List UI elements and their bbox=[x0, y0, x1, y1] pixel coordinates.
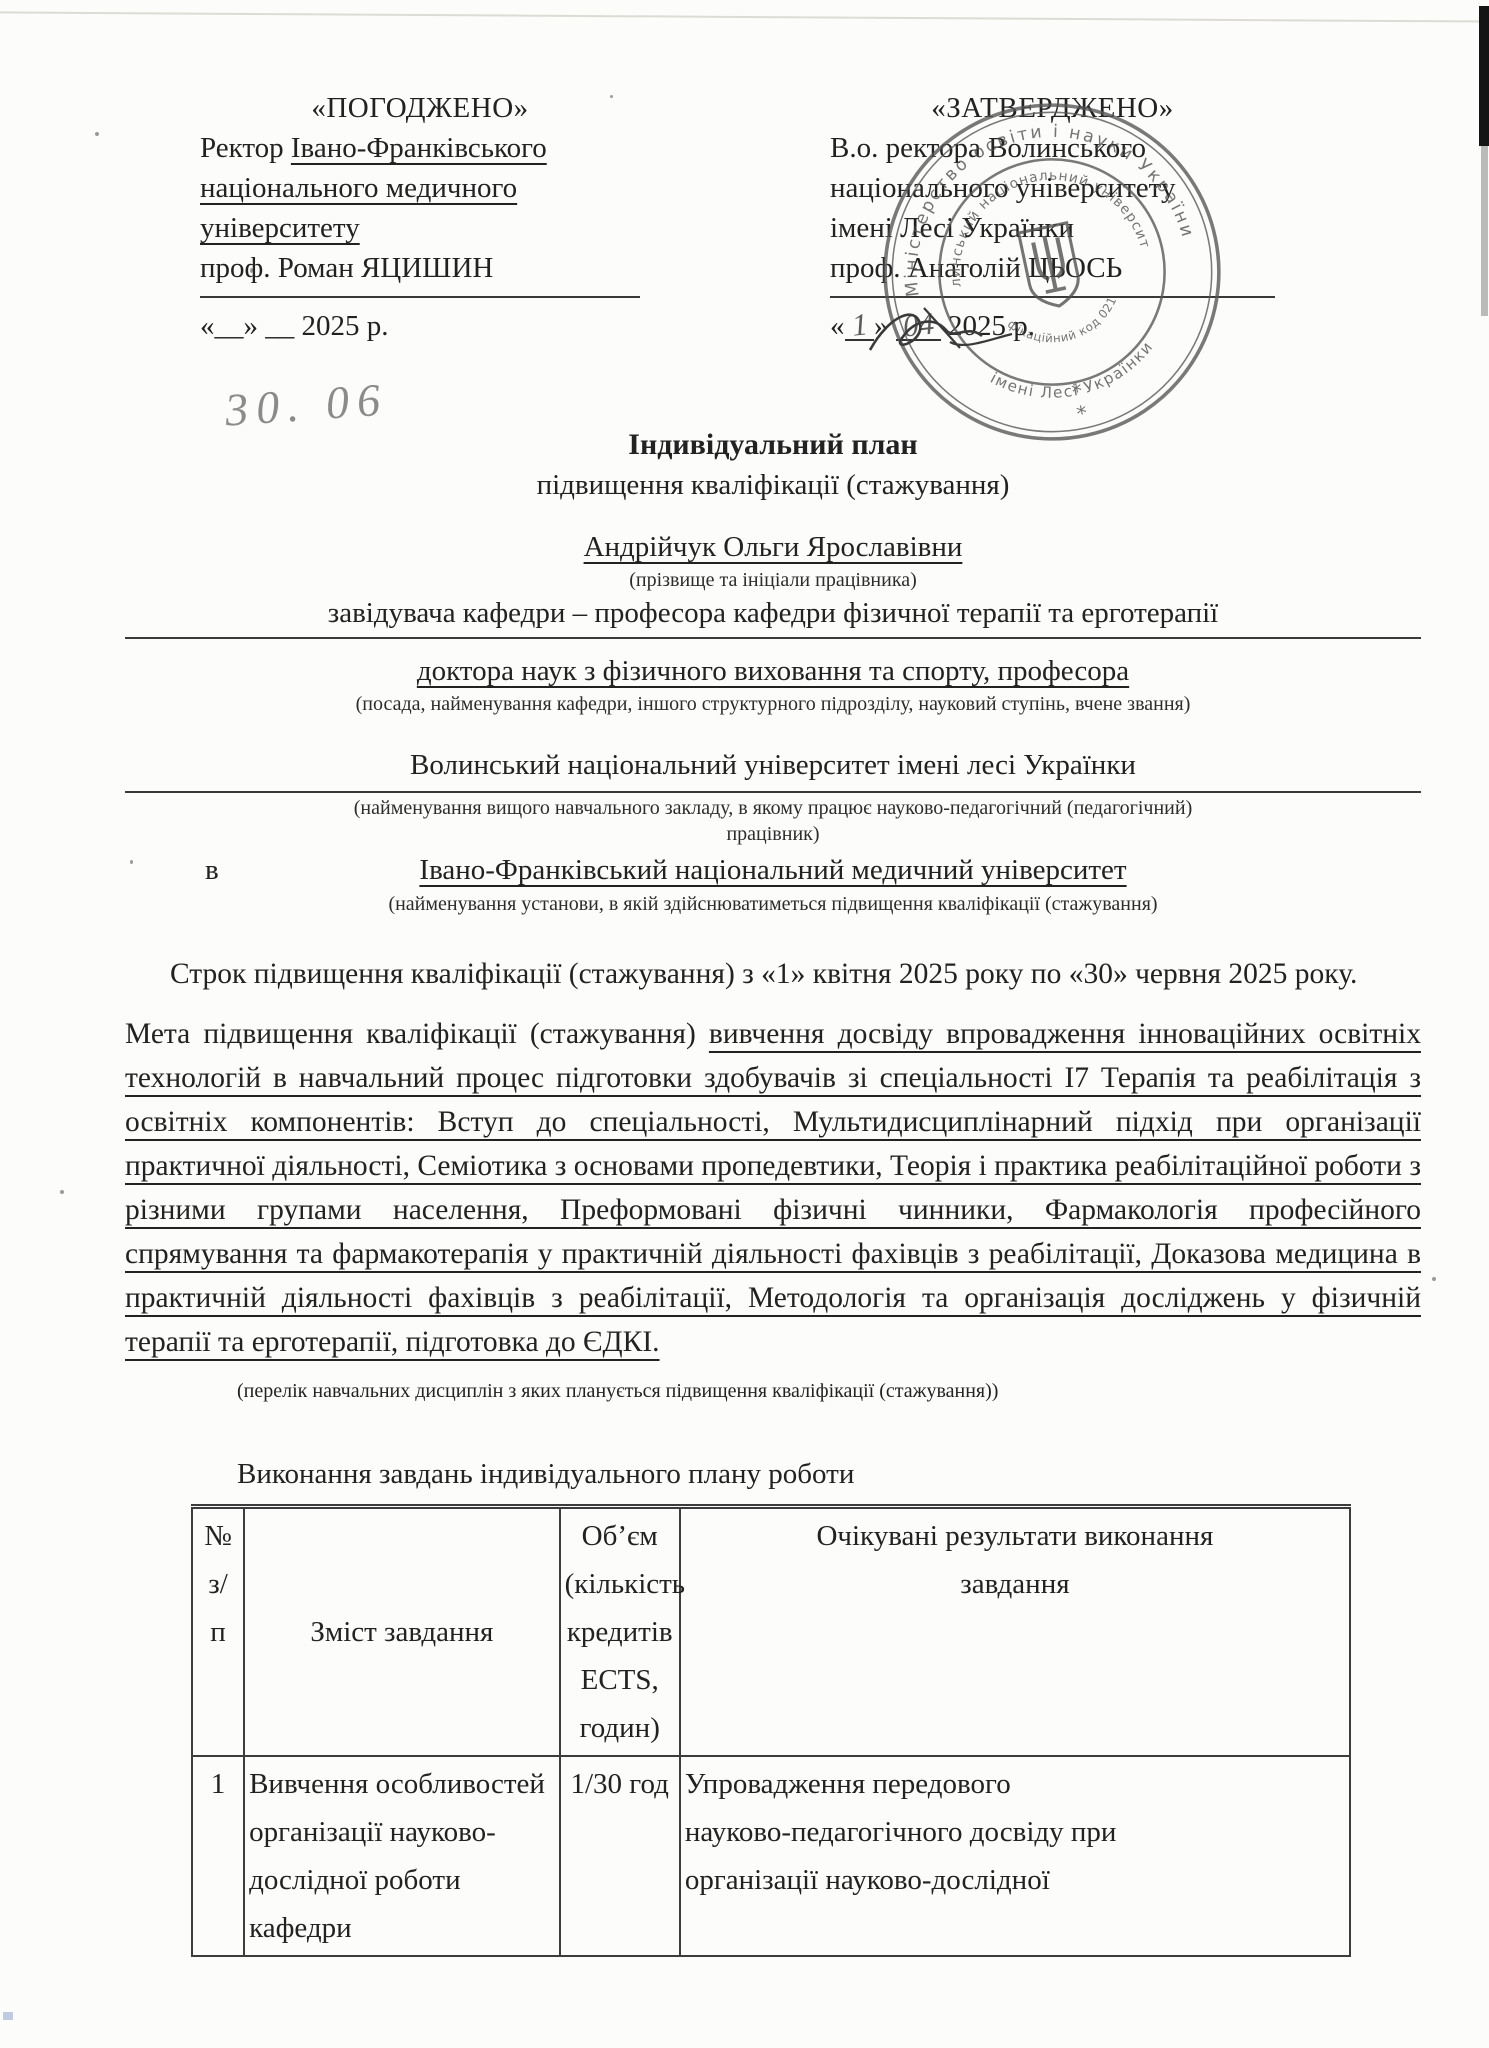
term-paragraph: Строк підвищення кваліфікації (стажуванн… bbox=[125, 951, 1370, 998]
task-number: 1 bbox=[192, 1756, 244, 1956]
document-body: Індивідуальний план підвищення кваліфіка… bbox=[125, 425, 1421, 1957]
tasks-header-row: № з/ п Зміст завдання Об’єм (кількість к… bbox=[192, 1507, 1350, 1757]
scan-speck bbox=[60, 1190, 64, 1194]
agreed-signer: проф. Роман ЯЦИШИН bbox=[200, 248, 640, 288]
scan-edge-line bbox=[0, 11, 1489, 22]
university-stamp: Міністерство освіти і науки України імен… bbox=[846, 66, 1259, 479]
goal-prefix: Мета підвищення кваліфікації (стажування… bbox=[125, 1018, 709, 1050]
goal-underlined-text: вивчення досвіду впровадження інноваційн… bbox=[125, 1018, 1421, 1358]
goal-paragraph: Мета підвищення кваліфікації (стажування… bbox=[125, 1012, 1421, 1364]
agreed-role-prefix: Ректор bbox=[200, 132, 291, 164]
home-university: Волинський національний університет імен… bbox=[125, 745, 1421, 785]
employee-degree: доктора наук з фізичного виховання та сп… bbox=[125, 651, 1421, 691]
employee-name: Андрійчук Ольги Ярославівни bbox=[125, 527, 1421, 567]
tryzub-emblem bbox=[1019, 223, 1084, 311]
agreed-org-line2: національного медичного bbox=[200, 168, 517, 208]
task-result-line: Упровадження передового bbox=[685, 1760, 1345, 1808]
stamp-star-2: * bbox=[1075, 401, 1090, 427]
task-result-line: організації науково-дослідної bbox=[685, 1856, 1345, 1904]
employee-position: завідувача кафедри – професора кафедри ф… bbox=[125, 593, 1421, 633]
date-line-left: «__» __ 2025 р. bbox=[200, 306, 640, 346]
ruled-line bbox=[125, 637, 1421, 639]
agreed-org-line1: Івано-Франківського bbox=[291, 132, 547, 164]
document-title: Індивідуальний план bbox=[125, 425, 1421, 465]
tasks-table: № з/ п Зміст завдання Об’єм (кількість к… bbox=[191, 1504, 1351, 1957]
tasks-heading: Виконання завдань індивідуального плану … bbox=[237, 1454, 1421, 1494]
rector-signature bbox=[862, 296, 1022, 371]
header-result-line: завдання bbox=[685, 1560, 1345, 1608]
header-num-line: з/ bbox=[197, 1560, 239, 1608]
svg-text:Міністерство освіти і науки Ук: Міністерство освіти і науки України bbox=[874, 94, 1198, 300]
document-subtitle: підвищення кваліфікації (стажування) bbox=[125, 465, 1421, 505]
employee-degree-caption: (посада, найменування кафедри, іншого ст… bbox=[125, 691, 1421, 717]
header-num-line: п bbox=[197, 1608, 239, 1656]
scan-speck bbox=[1432, 1277, 1436, 1281]
header-task: Зміст завдання bbox=[244, 1507, 560, 1757]
signature-line-left bbox=[200, 296, 640, 298]
goal-caption: (перелік навчальних дисциплін з яких пла… bbox=[237, 1378, 1421, 1404]
header-volume: Об’єм (кількість кредитів ECTS, годин) bbox=[560, 1507, 680, 1757]
header-num-line: № bbox=[197, 1512, 239, 1560]
scan-corner-mark bbox=[3, 2012, 13, 2020]
host-institution-caption: (найменування установи, в якій здійснюва… bbox=[125, 891, 1421, 917]
header-result-line: Очікувані результати виконання bbox=[685, 1512, 1345, 1560]
task-result-line: науково-педагогічного досвіду при bbox=[685, 1808, 1345, 1856]
header-result: Очікувані результати виконання завдання bbox=[680, 1507, 1350, 1757]
agreed-role-line: Ректор Івано-Франківського bbox=[200, 128, 640, 168]
header-volume-line: годин) bbox=[565, 1704, 675, 1752]
header-volume-line: ECTS, bbox=[565, 1656, 675, 1704]
host-institution: Івано-Франківський національний медичний… bbox=[419, 854, 1126, 886]
stamp-ministry-text: Міністерство освіти і науки України bbox=[874, 94, 1198, 300]
task-volume: 1/30 год bbox=[560, 1756, 680, 1956]
scanned-document-page: «ПОГОДЖЕНО» Ректор Івано-Франківського н… bbox=[0, 0, 1489, 2048]
header-volume-line: (кількість bbox=[565, 1560, 675, 1608]
approval-block-agreed: «ПОГОДЖЕНО» Ректор Івано-Франківського н… bbox=[200, 88, 640, 346]
task-result: Упровадження передового науково-педагогі… bbox=[680, 1756, 1350, 1956]
home-university-caption: (найменування вищого навчального закладу… bbox=[323, 795, 1223, 847]
host-institution-row: в Івано-Франківський національний медичн… bbox=[125, 849, 1421, 891]
ruled-line bbox=[125, 791, 1421, 793]
scan-edge-artifact bbox=[1479, 6, 1489, 146]
scan-edge-artifact-faint bbox=[1481, 146, 1488, 316]
date-open-quote: « bbox=[830, 310, 845, 342]
header-volume-line: кредитів bbox=[565, 1608, 675, 1656]
task-content: Вивчення особливостей організації науков… bbox=[244, 1756, 560, 1956]
agreed-status-label: «ПОГОДЖЕНО» bbox=[200, 88, 640, 128]
header-volume-line: Об’єм bbox=[565, 1512, 675, 1560]
table-row: 1 Вивчення особливостей організації наук… bbox=[192, 1756, 1350, 1956]
employee-name-caption: (прізвище та ініціали працівника) bbox=[125, 567, 1421, 593]
header-num: № з/ п bbox=[192, 1507, 244, 1757]
agreed-org-line3: університету bbox=[200, 208, 360, 248]
host-preposition: в bbox=[205, 849, 219, 891]
scan-speck bbox=[95, 132, 99, 136]
